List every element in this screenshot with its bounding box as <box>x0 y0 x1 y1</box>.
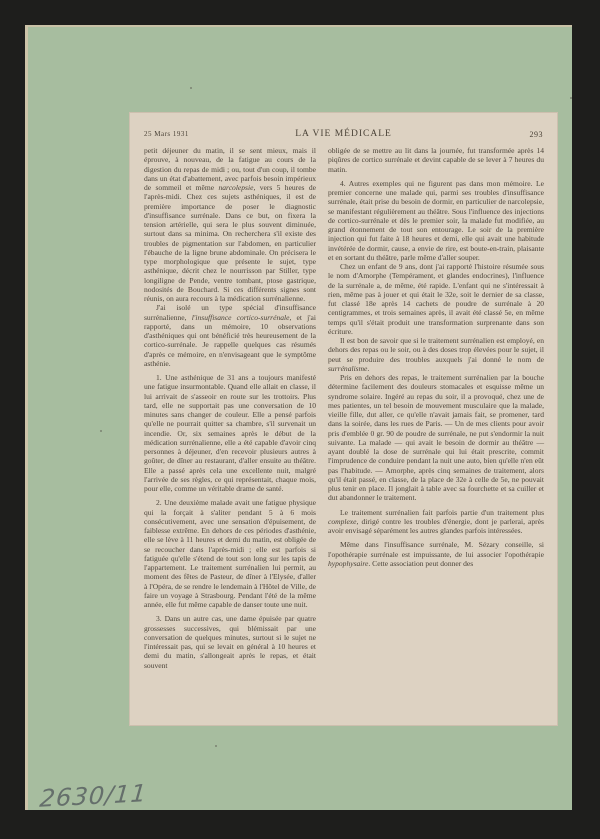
paragraph: Même dans l'insuffisance surrénale, M. S… <box>328 540 544 568</box>
paragraph: Chez un enfant de 9 ans, dont j'ai rappo… <box>328 262 544 336</box>
running-head: 25 Mars 1931 LA VIE MÉDICALE 293 <box>144 129 543 141</box>
board-speck <box>570 97 572 99</box>
case-1-paragraph: 1. Une asthénique de 31 ans a toujours m… <box>144 373 316 493</box>
board-speck <box>215 745 217 747</box>
newspaper-clipping: 25 Mars 1931 LA VIE MÉDICALE 293 petit d… <box>130 113 557 725</box>
left-column: petit déjeuner du matin, il se sent mieu… <box>144 146 316 670</box>
case-4-paragraph: 4. Autres exemples qui ne figurent pas d… <box>328 179 544 262</box>
board-speck <box>190 87 192 89</box>
board-speck <box>100 430 102 432</box>
journal-title: LA VIE MÉDICALE <box>144 129 543 139</box>
paragraph: Il est bon de savoir que si le traitemen… <box>328 336 544 373</box>
paragraph: petit déjeuner du matin, il se sent mieu… <box>144 146 316 303</box>
handwritten-annotation: 2630/11 <box>38 779 148 813</box>
page-number: 293 <box>530 130 544 139</box>
paragraph: Le traitement surrénalien fait parfois p… <box>328 508 544 536</box>
paragraph: Pris en dehors des repas, le traitement … <box>328 373 544 503</box>
right-column: obligée de se mettre au lit dans la jour… <box>328 146 544 568</box>
paragraph: obligée de se mettre au lit dans la jour… <box>328 146 544 174</box>
case-3-paragraph: 3. Dans un autre cas, une dame épuisée p… <box>144 614 316 670</box>
case-2-paragraph: 2. Une deuxième malade avait une fatigue… <box>144 498 316 609</box>
paragraph: J'ai isolé un type spécial d'insuffisanc… <box>144 303 316 368</box>
